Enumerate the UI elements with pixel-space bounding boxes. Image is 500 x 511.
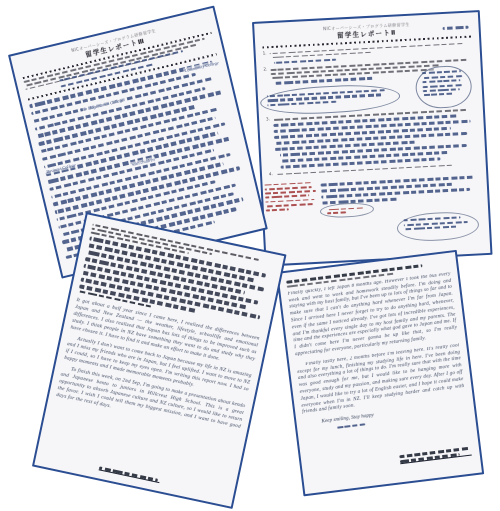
question-number: 2. [263,67,268,85]
scribble-line [265,195,309,199]
scribble-line [274,58,336,64]
signature-scribble [334,423,368,430]
scribble-line [404,221,468,226]
scribble-line [275,77,374,85]
scribble-line [265,182,314,186]
scribble-line [422,75,462,79]
scribble-line [327,207,363,210]
red-margin-annotations [264,179,317,212]
report-page-letter: Finally quickly, I left Japan 8 months a… [276,250,484,496]
scribble-line [267,101,336,107]
bold-underlined-note [99,464,161,483]
scribble-line [265,199,314,203]
scribble-line [422,79,460,83]
scribble-line [404,226,457,231]
handwriting-english-quotes [320,172,479,204]
question-number: 3. [266,117,272,151]
handwritten-quote [404,216,472,230]
scribble-line [423,88,460,92]
scribble-line [265,186,312,190]
handwritten-note [422,70,465,96]
scribble-line [99,467,158,482]
scribble-line [423,93,454,97]
scribble-line [327,212,346,215]
annotation-bubble-quote [396,210,479,242]
report-page-2: NICオーバーシーズ・プログラム研修留学生 留学生レポートⅡ 1. 2. 3. [252,10,493,267]
scribble-line [423,84,464,88]
scribble-line [422,71,461,75]
handwritten-list [267,88,393,106]
annotation-bubble-note [415,65,473,110]
question-number: 1. [263,51,268,65]
scribble-line [334,423,365,429]
red-note [327,207,367,214]
scribble-line [266,209,289,212]
question-number: 4. [269,172,273,176]
scribble-line [266,203,314,207]
annotation-bubble-small [320,202,375,219]
scanned-report-collage: NICオーバーシーズ・プログラム研修留学生 留学生レポートⅢ Community… [0,0,500,511]
bold-underlined-note [399,445,472,465]
